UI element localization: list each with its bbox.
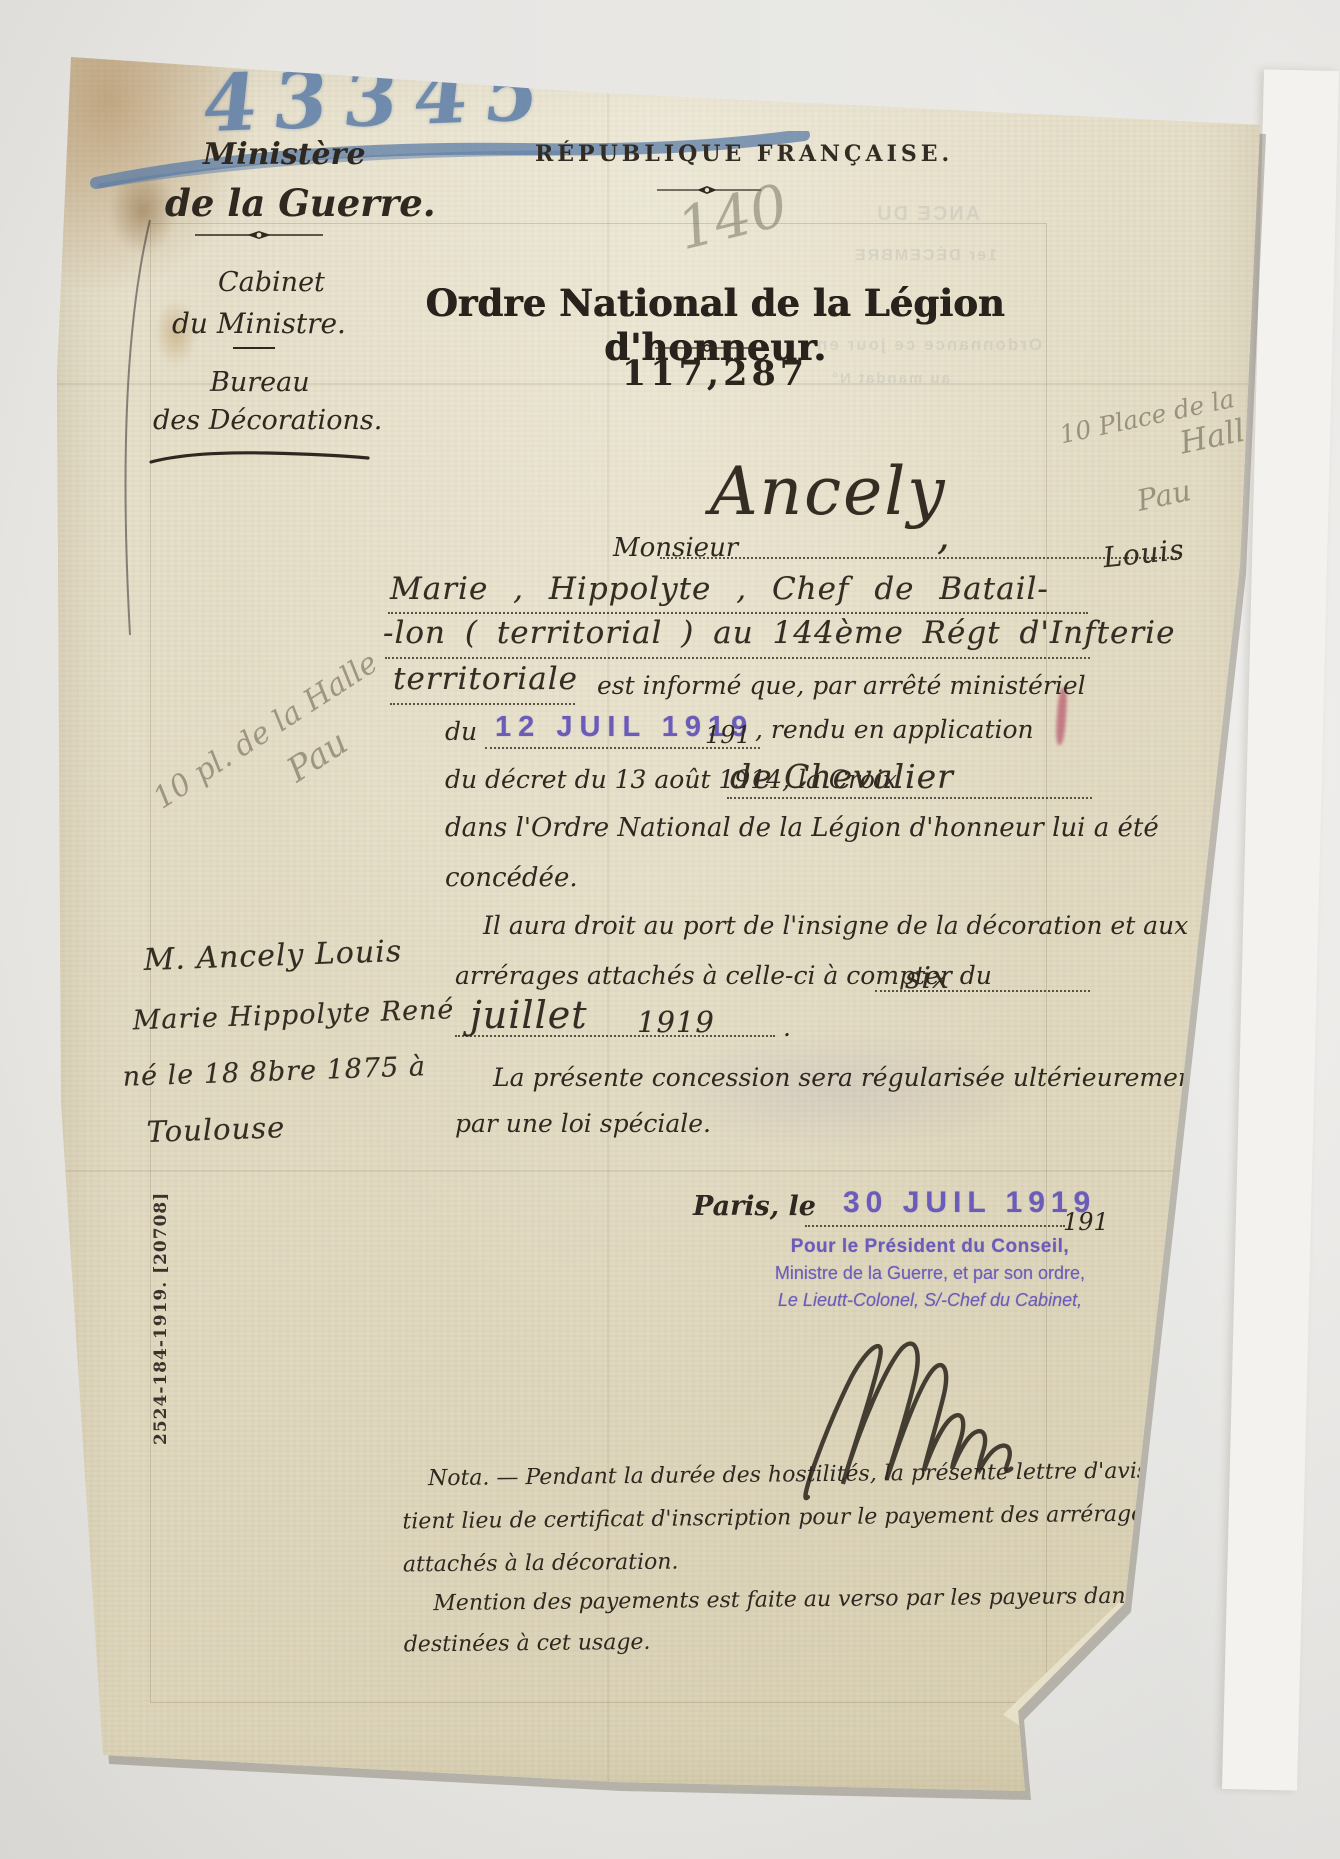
letterhead-ministry-line1: Ministère xyxy=(203,137,366,172)
recipient-first-name: Louis xyxy=(1101,533,1186,574)
para2-line3-period: . xyxy=(783,1013,791,1042)
ghost-verso-text: ANCE DU xyxy=(875,203,980,226)
dotted-rule xyxy=(455,1035,775,1037)
pencil-note-line: Pau xyxy=(1134,473,1194,518)
para2-line1: Il aura droit au port de l'insigne de la… xyxy=(483,911,1188,940)
body-line7: dans l'Ordre National de la Légion d'hon… xyxy=(445,813,1159,843)
authority-stamp-block: Pour le Président du Conseil, Ministre d… xyxy=(695,1233,1165,1314)
body-line5-prefix: du xyxy=(445,717,477,746)
recipient-surname: Ancely xyxy=(710,453,947,530)
body-line8: concédée. xyxy=(445,863,578,893)
dotted-rule xyxy=(660,557,1180,559)
issue-date-stamp: 30 JUIL 1919 xyxy=(843,1186,1096,1220)
dateline-prefix: Paris, le xyxy=(693,1191,816,1222)
para3-line2: par une loi spéciale. xyxy=(455,1109,711,1138)
nota-line: attachés à la décoration. xyxy=(403,1550,679,1578)
body-line5-post: , rendu en application xyxy=(755,715,1034,744)
dotted-rule xyxy=(390,703,575,705)
republic-heading: RÉPUBLIQUE FRANÇAISE. xyxy=(535,141,925,167)
ghost-verso-text: 1er DÉCEMBRE xyxy=(853,247,997,265)
surname-comma: , xyxy=(937,513,951,559)
dotted-rule xyxy=(385,657,1090,659)
dotted-rule xyxy=(388,612,1088,614)
scan-background: ANCE DU 1er DÉCEMBRE Ordonnance ce jour … xyxy=(0,0,1340,1859)
plate-mark: 2524-184-1919. [20708] xyxy=(151,1192,171,1445)
body-line6-hand: de Chevalier xyxy=(730,757,954,796)
para2-line3-hand: juillet xyxy=(470,993,587,1037)
swash-underline xyxy=(147,447,372,467)
document-paper: ANCE DU 1er DÉCEMBRE Ordonnance ce jour … xyxy=(55,45,1270,1807)
letterhead-bureau-line1: Bureau xyxy=(210,367,310,398)
margin-note-line: Toulouse xyxy=(146,1110,286,1149)
letterhead-ministry-line2: de la Guerre. xyxy=(165,181,436,225)
letterhead-cabinet-line2: du Ministre. xyxy=(172,307,346,340)
para2-line3-year: 1919 xyxy=(637,1005,715,1039)
nota-line: destinées à cet usage. xyxy=(404,1630,651,1658)
letterhead-bureau-line2: des Décorations. xyxy=(153,405,382,436)
body-line2: Marie , Hippolyte , Chef de Batail- xyxy=(390,571,1049,607)
body-line3: -lon ( territorial ) au 144ème Régt d'In… xyxy=(383,615,1175,651)
dateline-year: 191 xyxy=(1063,1208,1109,1236)
body-line4-hand: territoriale xyxy=(393,661,578,697)
letterhead-cabinet-line1: Cabinet xyxy=(218,267,325,298)
dotted-rule xyxy=(805,1225,1065,1227)
ornament-divider xyxy=(193,228,325,242)
body-line4-print: est informé que, par arrêté ministériel xyxy=(597,671,1086,700)
para3-line1: La présente concession sera régularisée … xyxy=(493,1063,1204,1092)
authority-stamp-line: Ministre de la Guerre, et par son ordre, xyxy=(695,1260,1165,1287)
certificate-number: 117,287 xyxy=(375,353,1055,394)
dotted-rule xyxy=(727,797,1092,799)
body-line5-year: 191 xyxy=(705,721,751,749)
ink-stray-stroke xyxy=(105,215,165,655)
authority-stamp-line: Pour le Président du Conseil, xyxy=(695,1233,1165,1260)
dotted-rule xyxy=(875,990,1090,992)
letterhead-dash xyxy=(233,347,275,349)
authority-stamp-line: Le Lieutt-Colonel, S/-Chef du Cabinet, xyxy=(695,1287,1165,1314)
